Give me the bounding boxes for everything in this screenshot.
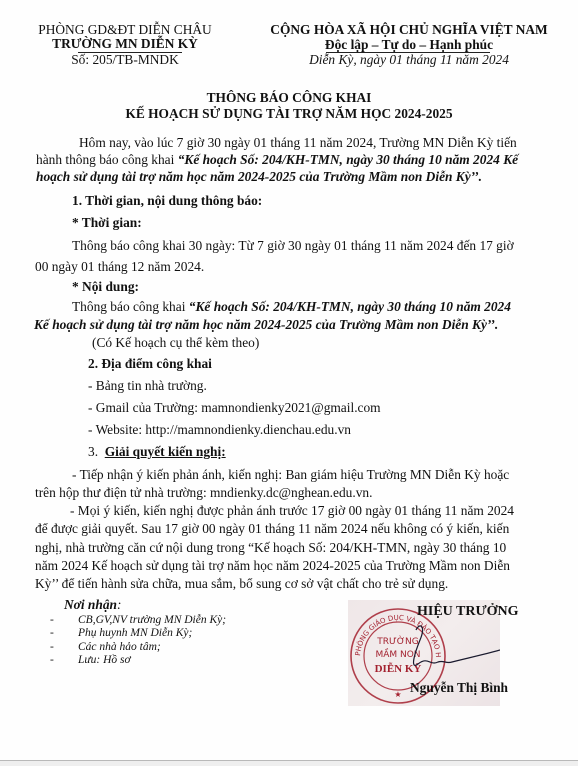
bullet-dash: - [50, 614, 54, 628]
bullet-dash: - [50, 641, 54, 655]
time-line1: Thông báo công khai 30 ngày: Từ 7 giờ 30… [72, 237, 514, 255]
doc-title-line1: THÔNG BÁO CÔNG KHAI [0, 90, 578, 106]
feedback-p2-line5: Kỳ’’ để tiến hành sửa chữa, mua sắm, bổ … [35, 575, 448, 593]
document-number: Số: 205/TB-MNDK [0, 52, 250, 68]
school-name: TRƯỜNG MN DIỄN KỲ [0, 36, 250, 52]
intro-line2-quote: “Kế hoạch Số: 204/KH-TMN, ngày 30 tháng … [178, 152, 518, 167]
time-line2: 00 ngày 01 tháng 12 năm 2024. [35, 258, 204, 276]
svg-text:DIỄN KỲ: DIỄN KỲ [375, 662, 422, 675]
recipient-item: -Các nhà hảo tâm; [78, 641, 161, 655]
time-heading: * Thời gian: [72, 214, 142, 232]
doc-title-line2: KẾ HOẠCH SỬ DỤNG TÀI TRỢ NĂM HỌC 2024-20… [0, 106, 578, 122]
intro-line2: hành thông báo công khai “Kế hoạch Số: 2… [36, 151, 518, 169]
feedback-p2-line1: - Mọi ý kiến, kiến nghị được phản ánh tr… [70, 502, 514, 520]
section2-heading: 2. Địa điểm công khai [88, 355, 212, 373]
recipient-item: -CB,GV,NV trường MN Diễn Kỳ; [78, 614, 226, 628]
intro-line1: Hôm nay, vào lúc 7 giờ 30 ngày 01 tháng … [79, 134, 517, 152]
signer-name: Nguyễn Thị Bình [410, 680, 508, 696]
intro-line3: hoạch sử dụng tài trợ năm học năm 2024-2… [36, 168, 482, 186]
section1-heading: 1. Thời gian, nội dung thông báo: [72, 192, 262, 210]
content-heading: * Nội dung: [72, 278, 139, 296]
bottom-edge [0, 760, 578, 766]
svg-text:TRƯỜNG: TRƯỜNG [376, 635, 418, 647]
recipient-text: CB,GV,NV trường MN Diễn Kỳ; [78, 614, 226, 626]
recipient-text: Lưu: Hồ sơ [78, 654, 131, 666]
recipients-colon: : [117, 597, 121, 612]
recipients-heading: Nơi nhận: [64, 597, 121, 613]
feedback-p1-line1: - Tiếp nhận ý kiến phản ánh, kiến nghị: … [72, 466, 509, 484]
feedback-p2-line4: năm 2024 Kế hoạch sử dụng tài trợ năm họ… [35, 557, 510, 575]
bullet-dash: - [50, 627, 54, 641]
section3-number: 3. [88, 444, 98, 459]
content-line1-text: Thông báo công khai [72, 299, 189, 314]
location-item: - Bảng tin nhà trường. [88, 377, 207, 395]
recipient-text: Phụ huynh MN Diễn Kỳ; [78, 627, 192, 639]
signature-title: HIỆU TRƯỞNG [417, 604, 519, 620]
bullet-dash: - [50, 654, 54, 668]
svg-text:★: ★ [394, 690, 401, 699]
content-line1: Thông báo công khai “Kế hoạch Số: 204/KH… [72, 298, 511, 316]
content-line2: Kế hoạch sử dụng tài trợ năm học năm 202… [34, 316, 498, 334]
feedback-p2-line2: để được giải quyết. Sau 17 giờ 00 ngày 0… [35, 520, 509, 538]
location-item: - Gmail của Trường: mamnondienky2021@gma… [88, 399, 381, 417]
recipient-item: -Lưu: Hồ sơ [78, 654, 131, 668]
recipients-label: Nơi nhận [64, 597, 117, 612]
feedback-p1-line2: trên hộp thư điện tử nhà trường: mndienk… [35, 484, 372, 502]
content-line1-quote: “Kế hoạch Số: 204/KH-TMN, ngày 30 tháng … [189, 299, 511, 314]
section3-title: Giải quyết kiến nghị: [105, 444, 226, 459]
attached-note: (Có Kế hoạch cụ thể kèm theo) [92, 334, 259, 352]
nation-title: CỘNG HÒA XÃ HỘI CHỦ NGHĨA VIỆT NAM [240, 22, 578, 38]
recipient-item: -Phụ huynh MN Diễn Kỳ; [78, 627, 192, 641]
section3-heading: 3. Giải quyết kiến nghị: [88, 433, 226, 461]
recipient-text: Các nhà hảo tâm; [78, 641, 161, 653]
intro-line2-text: hành thông báo công khai [36, 152, 178, 167]
place-date: Diễn Kỳ, ngày 01 tháng 11 năm 2024 [240, 52, 578, 68]
nation-motto: Độc lập – Tự do – Hạnh phúc [240, 37, 578, 53]
feedback-p2-line3: nghị, nhà trường căn cứ nội dung trong “… [35, 539, 506, 557]
